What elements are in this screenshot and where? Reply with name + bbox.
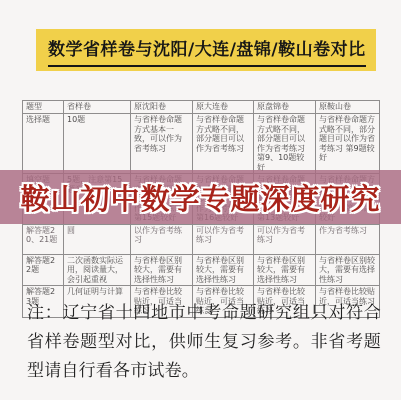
table-cell: 可以作为省考练习 (254, 224, 316, 254)
table-cell: 与省样卷命题方式略不同，部分题目可以作为省考练习 第9题较好 (316, 114, 380, 174)
table-cell: 可以作为省考练习 (193, 224, 254, 254)
header-panjin: 原盘锦卷 (254, 101, 316, 114)
table-cell: 与省样卷区别较大，需要有选择性练习 (254, 254, 316, 286)
title-highlight-band: 数学省样卷与沈阳/大连/盘锦/鞍山卷对比 (36, 29, 376, 71)
table-header-row: 题型 省样卷 原沈阳卷 原大连卷 原盘锦卷 原鞍山卷 (23, 101, 380, 114)
table-cell: 10题 (64, 114, 131, 174)
row-label: 选择题 (23, 114, 64, 174)
table-cell: 与省样卷区别较大，需要有选择性练习 (193, 254, 254, 286)
table-row: 解答题22题 二次函数实际运用，阅读量大，会引起重视 与省样卷区别较大，需要有选… (23, 254, 380, 286)
table-cell: 以作为省考练习 (131, 224, 193, 254)
table-cell: 圆 (64, 224, 131, 254)
page-title: 数学省样卷与沈阳/大连/盘锦/鞍山卷对比 (48, 35, 366, 67)
row-label: 解答题22题 (23, 254, 64, 286)
table-row-obscured: 解答题20、21题 圆 以作为省考练习 可以作为省考练习 可以作为省考练习 作为… (23, 224, 380, 254)
table-cell: 作为省考练习 (316, 224, 380, 254)
watermark-banner: 鞍山初中数学专题深度研究 (0, 170, 401, 224)
table-cell: 与省样卷命题方式略不同，部分题目可以作为省考练习 (193, 114, 254, 174)
table-cell: 与省样卷命题方式基本一致，可以作为省考练习 (131, 114, 193, 174)
header-province-sample: 省样卷 (64, 101, 131, 114)
table-cell: 与省样卷区别较大，需要有选择性练习 (131, 254, 193, 286)
header-dalian: 原大连卷 (193, 101, 254, 114)
watermark-text: 鞍山初中数学专题深度研究 (20, 177, 380, 218)
table-cell: 二次函数实际运用，阅读量大，会引起重视 (64, 254, 131, 286)
header-shenyang: 原沈阳卷 (131, 101, 193, 114)
table-cell: 与省样卷命题方式略不同，部分题目可以作为省考练习 第9、10题较好 (254, 114, 316, 174)
table-row: 选择题 10题 与省样卷命题方式基本一致，可以作为省考练习 与省样卷命题方式略不… (23, 114, 380, 174)
table-cell: 与省样卷区别较大，需要有选择性练习 (316, 254, 380, 286)
study-sheet-image: 数学省样卷与沈阳/大连/盘锦/鞍山卷对比 题型 省样卷 原沈阳卷 原大连卷 原盘… (0, 0, 401, 400)
header-question-type: 题型 (23, 101, 64, 114)
header-anshan: 原鞍山卷 (316, 101, 380, 114)
footnote-text: 注：辽宁省十四地市中考命题研究组只对符合省样卷题型对比，供师生复习参考。非省考题… (27, 299, 381, 386)
row-label: 解答题20、21题 (23, 224, 64, 254)
